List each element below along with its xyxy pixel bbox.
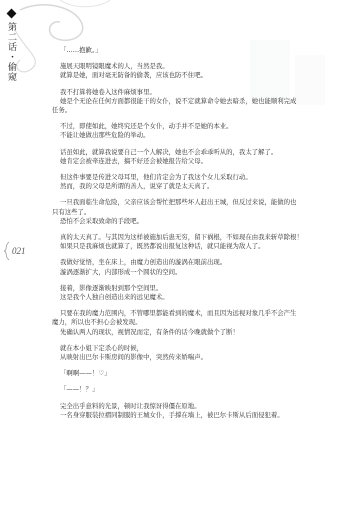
text-line: 一旦我面临生命危险，父亲应该会帮忙把那些坏人赶出王城，但反过来说，能做的也 bbox=[60, 198, 350, 207]
text-line: 「啊啊——！♡」 bbox=[60, 369, 350, 378]
text-line: 恐怕不会采取致命的手段吧。 bbox=[60, 217, 350, 226]
text-line: 任务。 bbox=[52, 106, 350, 115]
text-line: 真的太天真了。与其因为这样被施加后患无穷，留下祸根，不如现在由我来斩草除根！ bbox=[60, 233, 350, 242]
text-line: 漩涡逐渐扩大，内部形成一个圆状的空间。 bbox=[60, 268, 350, 277]
dialogue: 「啊啊——！♡」 bbox=[60, 369, 350, 378]
text-line: 一名身穿服装拉褶同制服的王城女仆，手撑在墙上，被巴尔卡斯从后面侵犯着。 bbox=[60, 411, 350, 420]
text-line: 这是我个人独自创造出来的远见魔术。 bbox=[60, 293, 350, 302]
page-number-text: 021 bbox=[12, 246, 26, 256]
text-line: 「……抱歉。」 bbox=[60, 46, 350, 55]
paragraph: 完全出乎意料的光景，顿时让我惊讶得僵在原地。 一名身穿服装拉褶同制服的王城女仆，… bbox=[60, 402, 350, 420]
text-line: 「——！？」 bbox=[60, 385, 350, 394]
paragraph: 就在本小姐下定杀心的时候， 从映射出巴尔卡斯房间的影像中，突然传来娇喘声。 bbox=[60, 344, 350, 362]
paragraph: 真的太天真了。与其因为这样被施加后患无穷，留下祸根，不如现在由我来斩草除根！ 如… bbox=[60, 233, 350, 251]
text-line: 只有这些了。 bbox=[52, 208, 350, 217]
paragraph: 接着，影像逐渐映射到那个空间里。 这是我个人独自创造出来的远见魔术。 bbox=[60, 284, 350, 302]
paragraph: 只要在我的魔力范围内，不管哪里都能看到的魔术，而且因为远视对象几乎不会产生 魔力… bbox=[60, 309, 350, 337]
chapter-title: 第二话・偷窥 bbox=[5, 22, 17, 82]
dialogue: 「——！？」 bbox=[60, 385, 350, 394]
text-line: 话虽如此，就算我说要自己一个人解决，她也不会乖乖听从的，我太了解了。 bbox=[60, 148, 350, 157]
diamond-icon bbox=[6, 9, 16, 19]
paragraph: 话虽如此，就算我说要自己一个人解决，她也不会乖乖听从的，我太了解了。 她肯定会被… bbox=[60, 148, 350, 166]
paragraph: 不过，即使如此，她终究还是个女仆，动手并不是她的本业。 不能让她做出那些危险的举… bbox=[60, 122, 350, 140]
text-line: 完全出乎意料的光景，顿时让我惊讶得僵在原地。 bbox=[60, 402, 350, 411]
text-line: 她是个无论在任何方面都很能干的女仆，说不定就算命令她去暗杀，她也能顺利完成 bbox=[60, 97, 350, 106]
text-line: 从映射出巴尔卡斯房间的影像中，突然传来娇喘声。 bbox=[60, 353, 350, 362]
chapter-header: 第二话・偷窥 bbox=[4, 8, 18, 82]
text-line: 但这件事要是传进父母耳里，他们肯定会为了我这个女儿采取行动。 bbox=[60, 173, 350, 182]
text-line: 魔力，所以也不担心会被发现。 bbox=[52, 318, 350, 327]
text-line: 我做好觉悟，坐在床上，由魔力创造出的漩涡在眼前出现。 bbox=[60, 258, 350, 267]
text-line: 先确认两人的现状，视情况而定，有条件的话今晚就做个了断！ bbox=[60, 328, 350, 337]
text-line: 接着，影像逐渐映射到那个空间里。 bbox=[60, 284, 350, 293]
text-line: 她肯定会被牵连进去，搞不好还会被她报告给父母。 bbox=[60, 157, 350, 166]
paragraph: 我不打算将她卷入这件麻烦事里。 她是个无论在任何方面都很能干的女仆，说不定就算命… bbox=[60, 88, 350, 116]
paragraph: 施展天眼明镜眼魔术的人，当然是我。 就算是她，面对毫无防备的偷袭，应该也防不住吧… bbox=[60, 62, 350, 80]
text-line: 不能让她做出那些危险的举动。 bbox=[60, 131, 350, 140]
novel-page: 第二话・偷窥 021 「……抱歉。」 施展天眼明镜眼魔术的人，当然是我。 就算是… bbox=[0, 0, 360, 509]
body-text: 「……抱歉。」 施展天眼明镜眼魔术的人，当然是我。 就算是她，面对毫无防备的偷袭… bbox=[60, 46, 350, 427]
text-line: 然而，我的父母是所谓的善人，说穿了就是太天真了。 bbox=[60, 182, 350, 191]
paragraph: 一旦我面临生命危险，父亲应该会帮忙把那些坏人赶出王城，但反过来说，能做的也 只有… bbox=[60, 198, 350, 226]
text-line: 就在本小姐下定杀心的时候， bbox=[60, 344, 350, 353]
page-flourish-icon bbox=[2, 241, 10, 261]
paragraph: 我做好觉悟，坐在床上，由魔力创造出的漩涡在眼前出现。 漩涡逐渐扩大，内部形成一个… bbox=[60, 258, 350, 276]
text-line: 如果只是我麻烦也就算了，既然都说出报复这种话，就只能视为敌人了。 bbox=[60, 242, 350, 251]
text-line: 我不打算将她卷入这件麻烦事里。 bbox=[60, 88, 350, 97]
text-line: 就算是她，面对毫无防备的偷袭，应该也防不住吧。 bbox=[60, 71, 350, 80]
paragraph: 「……抱歉。」 bbox=[60, 46, 350, 55]
paragraph: 但这件事要是传进父母耳里，他们肯定会为了我这个女儿采取行动。 然而，我的父母是所… bbox=[60, 173, 350, 191]
page-number: 021 bbox=[2, 241, 26, 261]
